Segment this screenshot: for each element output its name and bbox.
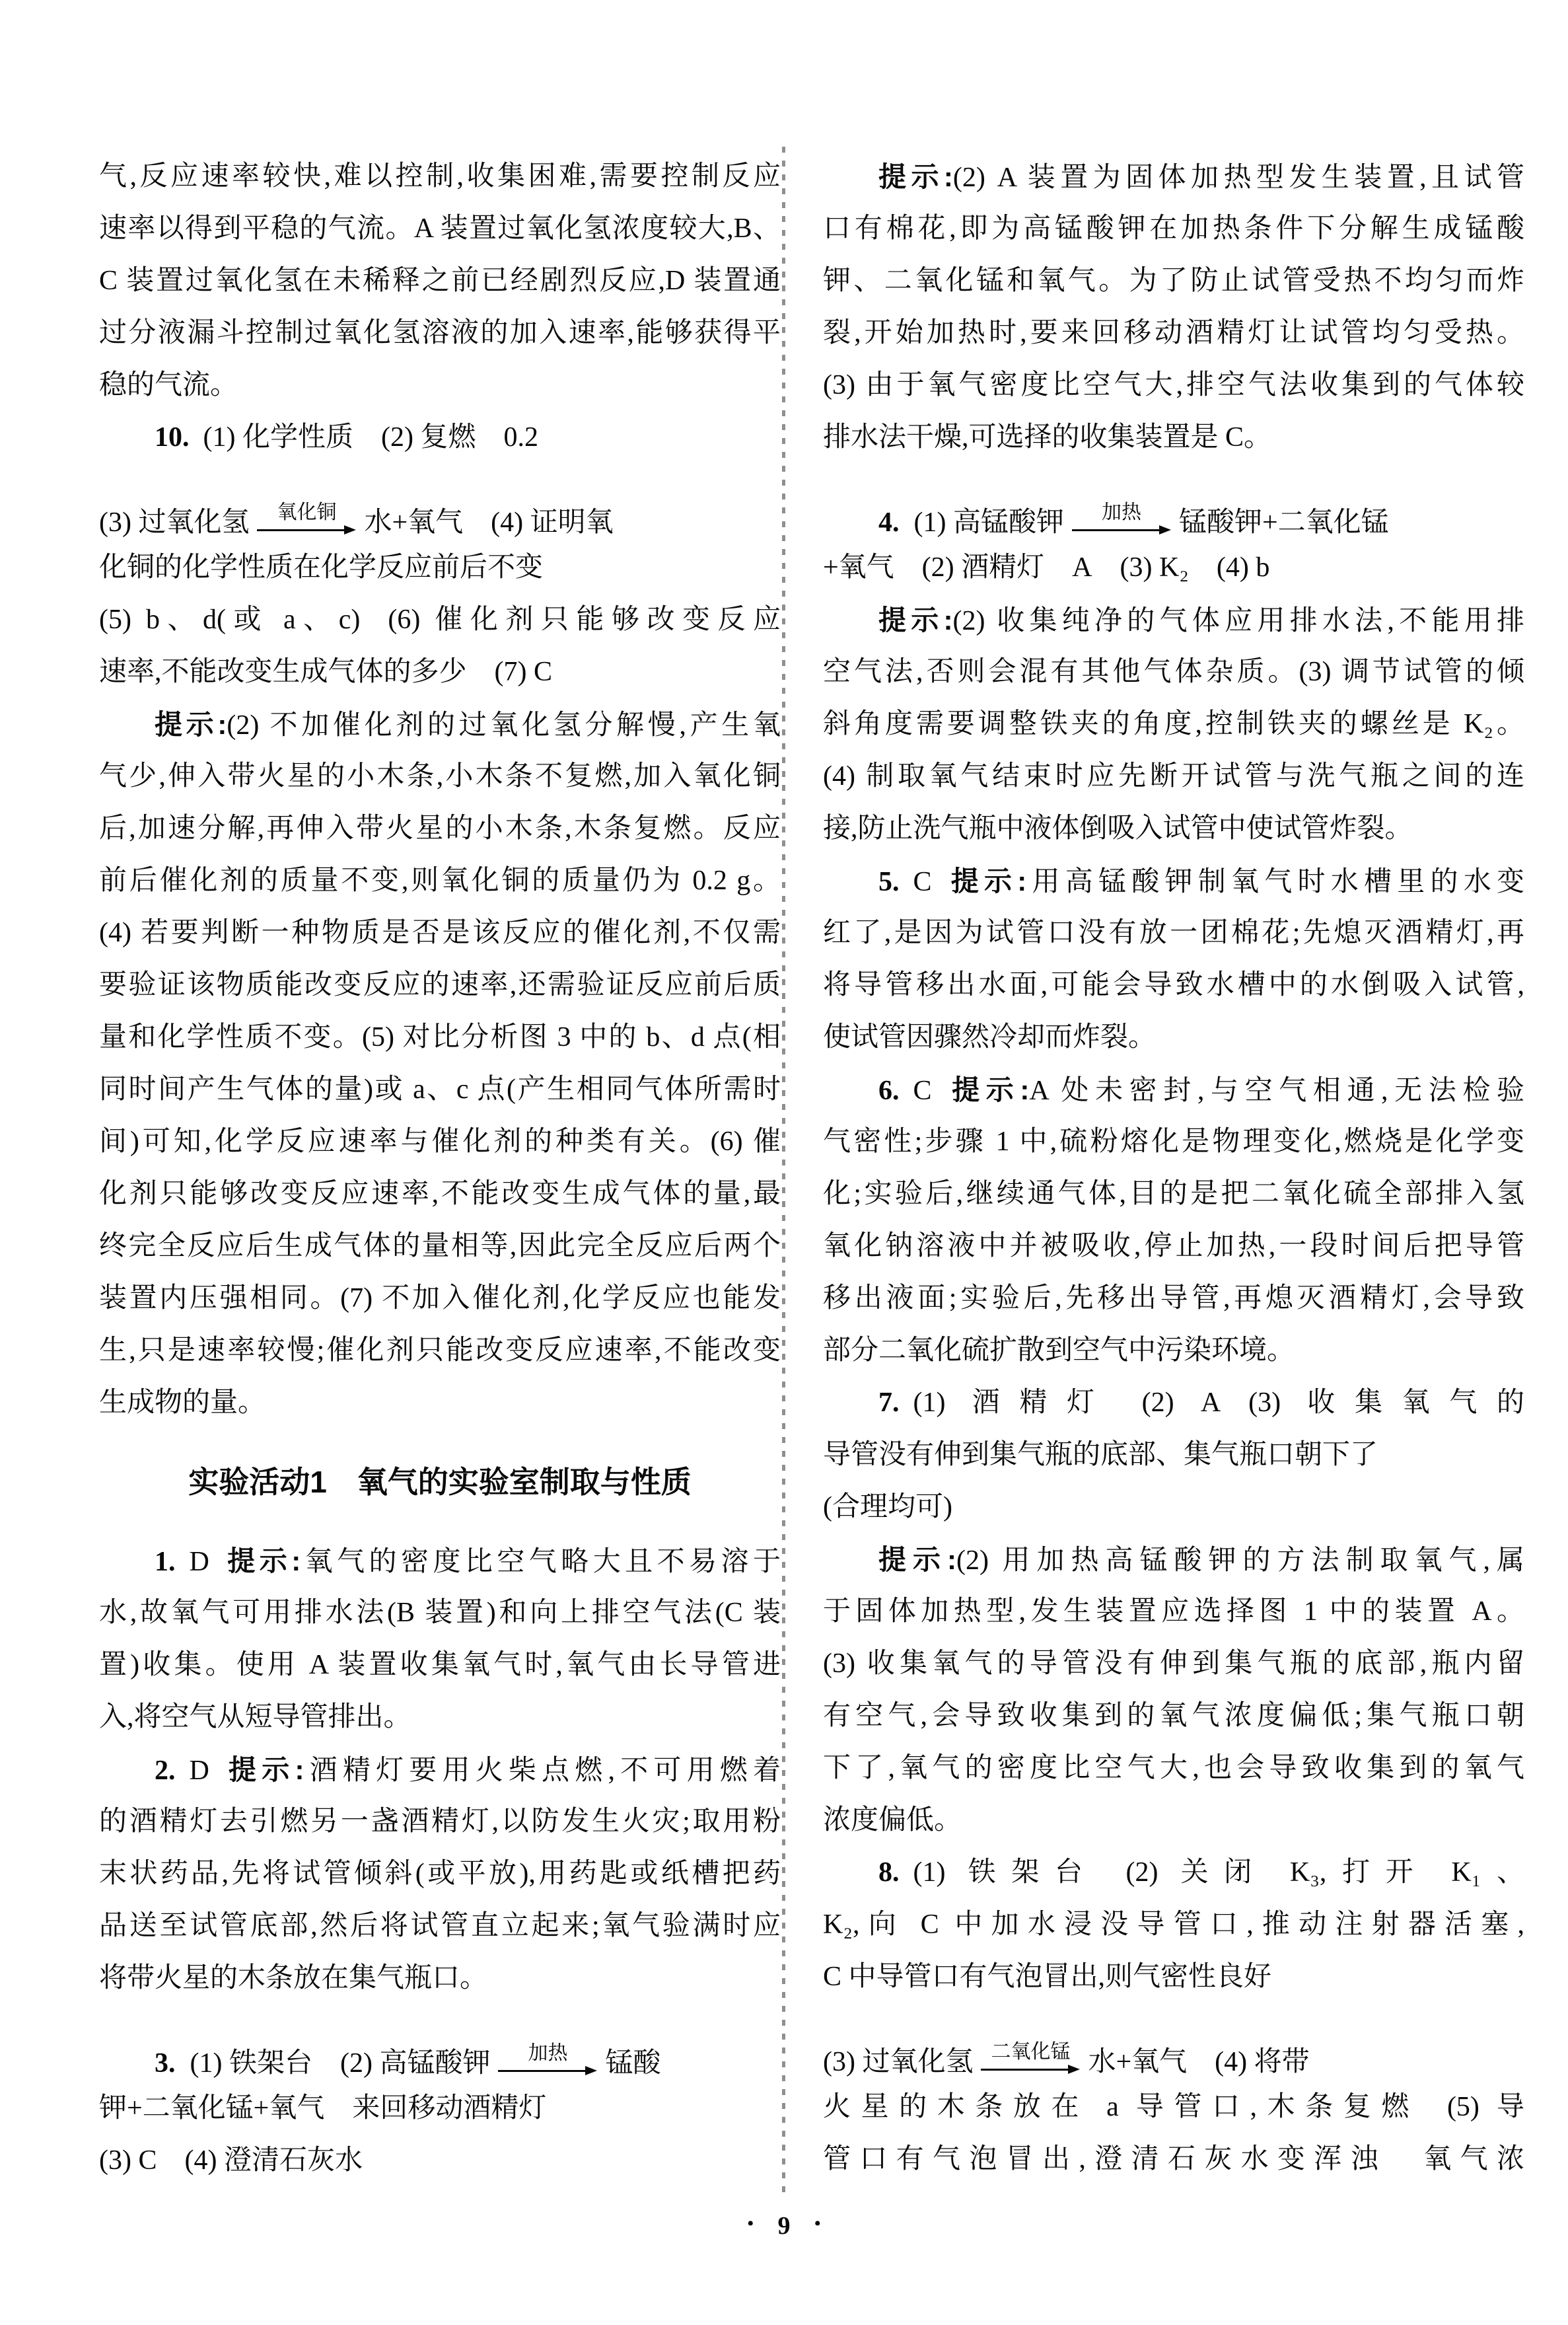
text-line: 管口有气泡冒出,澄清石灰水变浑浊 氧气浓 (823, 2133, 1524, 2186)
text-line: 气密性;步骤 1 中,硫粉熔化是物理变化,燃烧是化学变 (823, 1116, 1524, 1168)
reaction-condition: 二氧化锰 (991, 2040, 1070, 2064)
hint-label: 提示: (878, 605, 953, 636)
text-line: 要验证该物质能改变反应的速率,还需验证反应前后质 (99, 959, 781, 1012)
hint-label: 提示: (946, 1074, 1030, 1105)
answer-line: 1. D 提示:氧气的密度比空气略大且不易溶于 (99, 1535, 781, 1587)
reaction-condition: 氧化铜 (277, 501, 336, 525)
text-line: (合理均可) (823, 1481, 1524, 1533)
text-line: 末状药品,先将试管倾斜(或平放),用药匙或纸槽把药 (99, 1848, 781, 1900)
question-number: 2. (155, 1755, 176, 1786)
text-line: 气少,伸入带火星的小木条,小木条不复燃,加入氧化铜 (99, 751, 781, 803)
text-line: 间)可知,化学反应速率与催化剂的种类有关。(6) 催 (99, 1116, 781, 1168)
text-line: 入,将空气从短导管排出。 (99, 1691, 781, 1744)
text-line: (5) b、d(或 a、c) (6) 催化剂只能够改变反应 (99, 594, 781, 646)
equation-line: 3.(1) 铁架台 (2) 高锰酸钾加热锰酸 (99, 2005, 781, 2083)
reaction-condition: 加热 (1102, 501, 1141, 525)
right-arrow-icon (498, 2065, 597, 2076)
left-column: 气,反应速率较快,难以控制,收集困难,需要控制反应 速率以得到平稳的气流。A 装… (99, 151, 781, 2187)
footer-left-dot: • (747, 2213, 754, 2234)
text-line: +氧气 (2) 酒精灯 A (3) K₂ (4) b (823, 542, 1524, 594)
reaction-arrow: 加热 (498, 2042, 597, 2076)
text-line: 的酒精灯去引燃另一盏酒精灯,以防发生火灾;取用粉 (99, 1796, 781, 1848)
text-line: 有空气,会导致收集到的氧气浓度偏低;集气瓶口朝 (823, 1690, 1524, 1742)
hint-line: 提示:(2) A 装置为固体加热型发生装置,且试管 (823, 151, 1524, 203)
hint-line: 提示:(2) 不加催化剂的过氧化氢分解慢,产生氧 (99, 698, 781, 751)
equation-line: (3) 过氧化氢氧化铜水+氧气 (4) 证明氧 (99, 464, 781, 542)
text-line: 气,反应速率较快,难以控制,收集困难,需要控制反应 (99, 151, 781, 203)
text-line: 品送至试管底部,然后将试管直立起来;氧气验满时应 (99, 1900, 781, 1952)
text-line: (3) 收集氧气的导管没有伸到集气瓶的底部,瓶内留 (823, 1638, 1524, 1690)
hint-label: 提示: (155, 709, 227, 740)
text-line: 将带火星的木条放在集气瓶口。 (99, 1952, 781, 2005)
text-line: 部分二氧化硫扩散到空气中污染环境。 (823, 1325, 1524, 1377)
text-line: (3) 由于氧气密度比空气大,排空气法收集到的气体较 (823, 359, 1524, 412)
text-line: C 装置过氧化氢在未稀释之前已经剧烈反应,D 装置通 (99, 255, 781, 307)
reaction-condition: 加热 (528, 2042, 567, 2065)
hint-line: 提示:(2) 用加热高锰酸钾的方法制取氧气,属 (823, 1533, 1524, 1586)
section-heading: 实验活动1 氧气的实验室制取与性质 (99, 1429, 781, 1535)
column-divider-dotted-rule (782, 147, 785, 2192)
question-number: 1. (155, 1547, 176, 1577)
answer-line: 2. D 提示:酒精灯要用火柴点燃,不可用燃着 (99, 1744, 781, 1796)
question-number: 5. (878, 867, 900, 897)
text-line: (4) 制取氧气结束时应先断开试管与洗气瓶之间的连 (823, 751, 1524, 803)
text-line: 火星的木条放在 a 导管口,木条复燃 (5) 导 (823, 2081, 1524, 2133)
text-line: 将导管移出水面,可能会导致水槽中的水倒吸入试管, (823, 959, 1524, 1012)
hint-label: 提示: (223, 1545, 301, 1576)
text-line: 生,只是速率较慢;催化剂只能改变反应速率,不能改变 (99, 1325, 781, 1377)
text-line: 终完全反应后生成气体的量相等,因此完全反应后两个 (99, 1220, 781, 1273)
text-line: 空气法,否则会混有其他气体杂质。(3) 调节试管的倾 (823, 646, 1524, 698)
text-line: 红了,是因为试管口没有放一团棉花;先熄灭酒精灯,再 (823, 907, 1524, 959)
text-line: 速率以得到平稳的气流。A 装置过氧化氢浓度较大,B、 (99, 203, 781, 255)
footer-right-dot: • (814, 2213, 822, 2234)
text-line: 同时间产生气体的量)或 a、c 点(产生相同气体所需时 (99, 1064, 781, 1116)
right-arrow-icon (981, 2064, 1080, 2075)
text-line: 化铜的化学性质在化学反应前后不变 (99, 542, 781, 594)
reaction-arrow: 二氧化锰 (981, 2040, 1080, 2075)
right-column: 提示:(2) A 装置为固体加热型发生装置,且试管 口有棉花,即为高锰酸钾在加热… (823, 151, 1524, 2186)
question-number: 8. (878, 1857, 900, 1888)
text-line: 移出液面;实验后,先移出导管,再熄灭酒精灯,会导致 (823, 1273, 1524, 1325)
text-line: 使试管因骤然冷却而炸裂。 (823, 1012, 1524, 1064)
hint-label: 提示: (946, 866, 1027, 897)
hint-label: 提示: (878, 161, 953, 192)
answer-line: 6. C 提示:A 处未密封,与空气相通,无法检验 (823, 1064, 1524, 1116)
text-line: C 中导管口有气泡冒出,则气密性良好 (823, 1951, 1524, 2003)
text-line: 速率,不能改变生成气体的多少 (7) C (99, 646, 781, 698)
text-line: 于固体加热型,发生装置应选择图 1 中的装置 A。 (823, 1586, 1524, 1638)
text-line: 排水法干燥,可选择的收集装置是 C。 (823, 412, 1524, 464)
text-line: 量和化学性质不变。(5) 对比分析图 3 中的 b、d 点(相 (99, 1012, 781, 1064)
text-line: 化;实验后,继续通气体,目的是把二氧化硫全部排入氢 (823, 1168, 1524, 1220)
text-line: 下了,氧气的密度比空气大,也会导致收集到的氧气 (823, 1742, 1524, 1794)
reaction-arrow: 加热 (1072, 501, 1171, 535)
text-line: 稳的气流。 (99, 359, 781, 412)
equation-line: (3) 过氧化氢二氧化锰水+氧气 (4) 将带 (823, 2003, 1524, 2081)
text-line: 接,防止洗气瓶中液体倒吸入试管中使试管炸裂。 (823, 803, 1524, 855)
answer-line: 5. C 提示:用高锰酸钾制氧气时水槽里的水变 (823, 855, 1524, 907)
text-line: (4) 若要判断一种物质是否是该反应的催化剂,不仅需 (99, 907, 781, 959)
question-number: 7. (878, 1387, 900, 1418)
question-number: 6. (878, 1076, 900, 1106)
answer-line: 10. (1) 化学性质 (2) 复燃 0.2 (99, 412, 781, 464)
reaction-arrow: 氧化铜 (257, 501, 356, 535)
text-line: 浓度偏低。 (823, 1794, 1524, 1847)
page-number-value: 9 (778, 2212, 791, 2240)
text-line: 钾、二氧化锰和氧气。为了防止试管受热不均匀而炸 (823, 255, 1524, 307)
scanned-answer-page: 气,反应速率较快,难以控制,收集困难,需要控制反应 速率以得到平稳的气流。A 装… (0, 0, 1568, 2325)
text-line: 化剂只能够改变反应速率,不能改变生成气体的量,最 (99, 1168, 781, 1220)
answer-line: 8. (1) 铁架台 (2) 关闭 K₃,打开 K₁、 (823, 1847, 1524, 1899)
page-number: •9• (0, 2204, 1568, 2244)
question-number: 4. (878, 503, 900, 542)
text-line: 置)收集。使用 A 装置收集氧气时,氧气由长导管进 (99, 1639, 781, 1691)
text-line: 前后催化剂的质量不变,则氧化铜的质量仍为 0.2 g。 (99, 855, 781, 907)
equation-line: 4.(1) 高锰酸钾加热锰酸钾+二氧化锰 (823, 464, 1524, 542)
text-line: K₂,向 C 中加水浸没导管口,推动注射器活塞, (823, 1899, 1524, 1951)
text-line: 钾+二氧化锰+氧气 来回移动酒精灯 (99, 2083, 781, 2135)
right-arrow-icon (1072, 525, 1171, 535)
text-line: 生成物的量。 (99, 1377, 781, 1429)
text-line: 水,故氧气可用排水法(B 装置)和向上排空气法(C 装 (99, 1587, 781, 1639)
text-line: 口有棉花,即为高锰酸钾在加热条件下分解生成锰酸 (823, 203, 1524, 255)
right-arrow-icon (257, 525, 356, 535)
text-line: 后,加速分解,再伸入带火星的小木条,木条复燃。反应 (99, 803, 781, 855)
hint-label: 提示: (878, 1544, 956, 1575)
hint-label: 提示: (223, 1754, 304, 1785)
answer-line: 7. (1) 酒精灯 (2) A (3) 收集氧气的 (823, 1377, 1524, 1429)
hint-line: 提示:(2) 收集纯净的气体应用排水法,不能用排 (823, 594, 1524, 646)
text-line: 氧化钠溶液中并被吸收,停止加热,一段时间后把导管 (823, 1220, 1524, 1273)
text-line: 斜角度需要调整铁夹的角度,控制铁夹的螺丝是 K₂。 (823, 698, 1524, 751)
question-number: 10. (155, 422, 190, 453)
text-line: 导管没有伸到集气瓶的底部、集气瓶口朝下了 (823, 1429, 1524, 1481)
question-number: 3. (155, 2044, 176, 2083)
text-line: (3) C (4) 澄清石灰水 (99, 2135, 781, 2187)
text-line: 装置内压强相同。(7) 不加入催化剂,化学反应也能发 (99, 1273, 781, 1325)
text-line: 过分液漏斗控制过氧化氢溶液的加入速率,能够获得平 (99, 307, 781, 359)
text-line: 裂,开始加热时,要来回移动酒精灯让试管均匀受热。 (823, 307, 1524, 359)
